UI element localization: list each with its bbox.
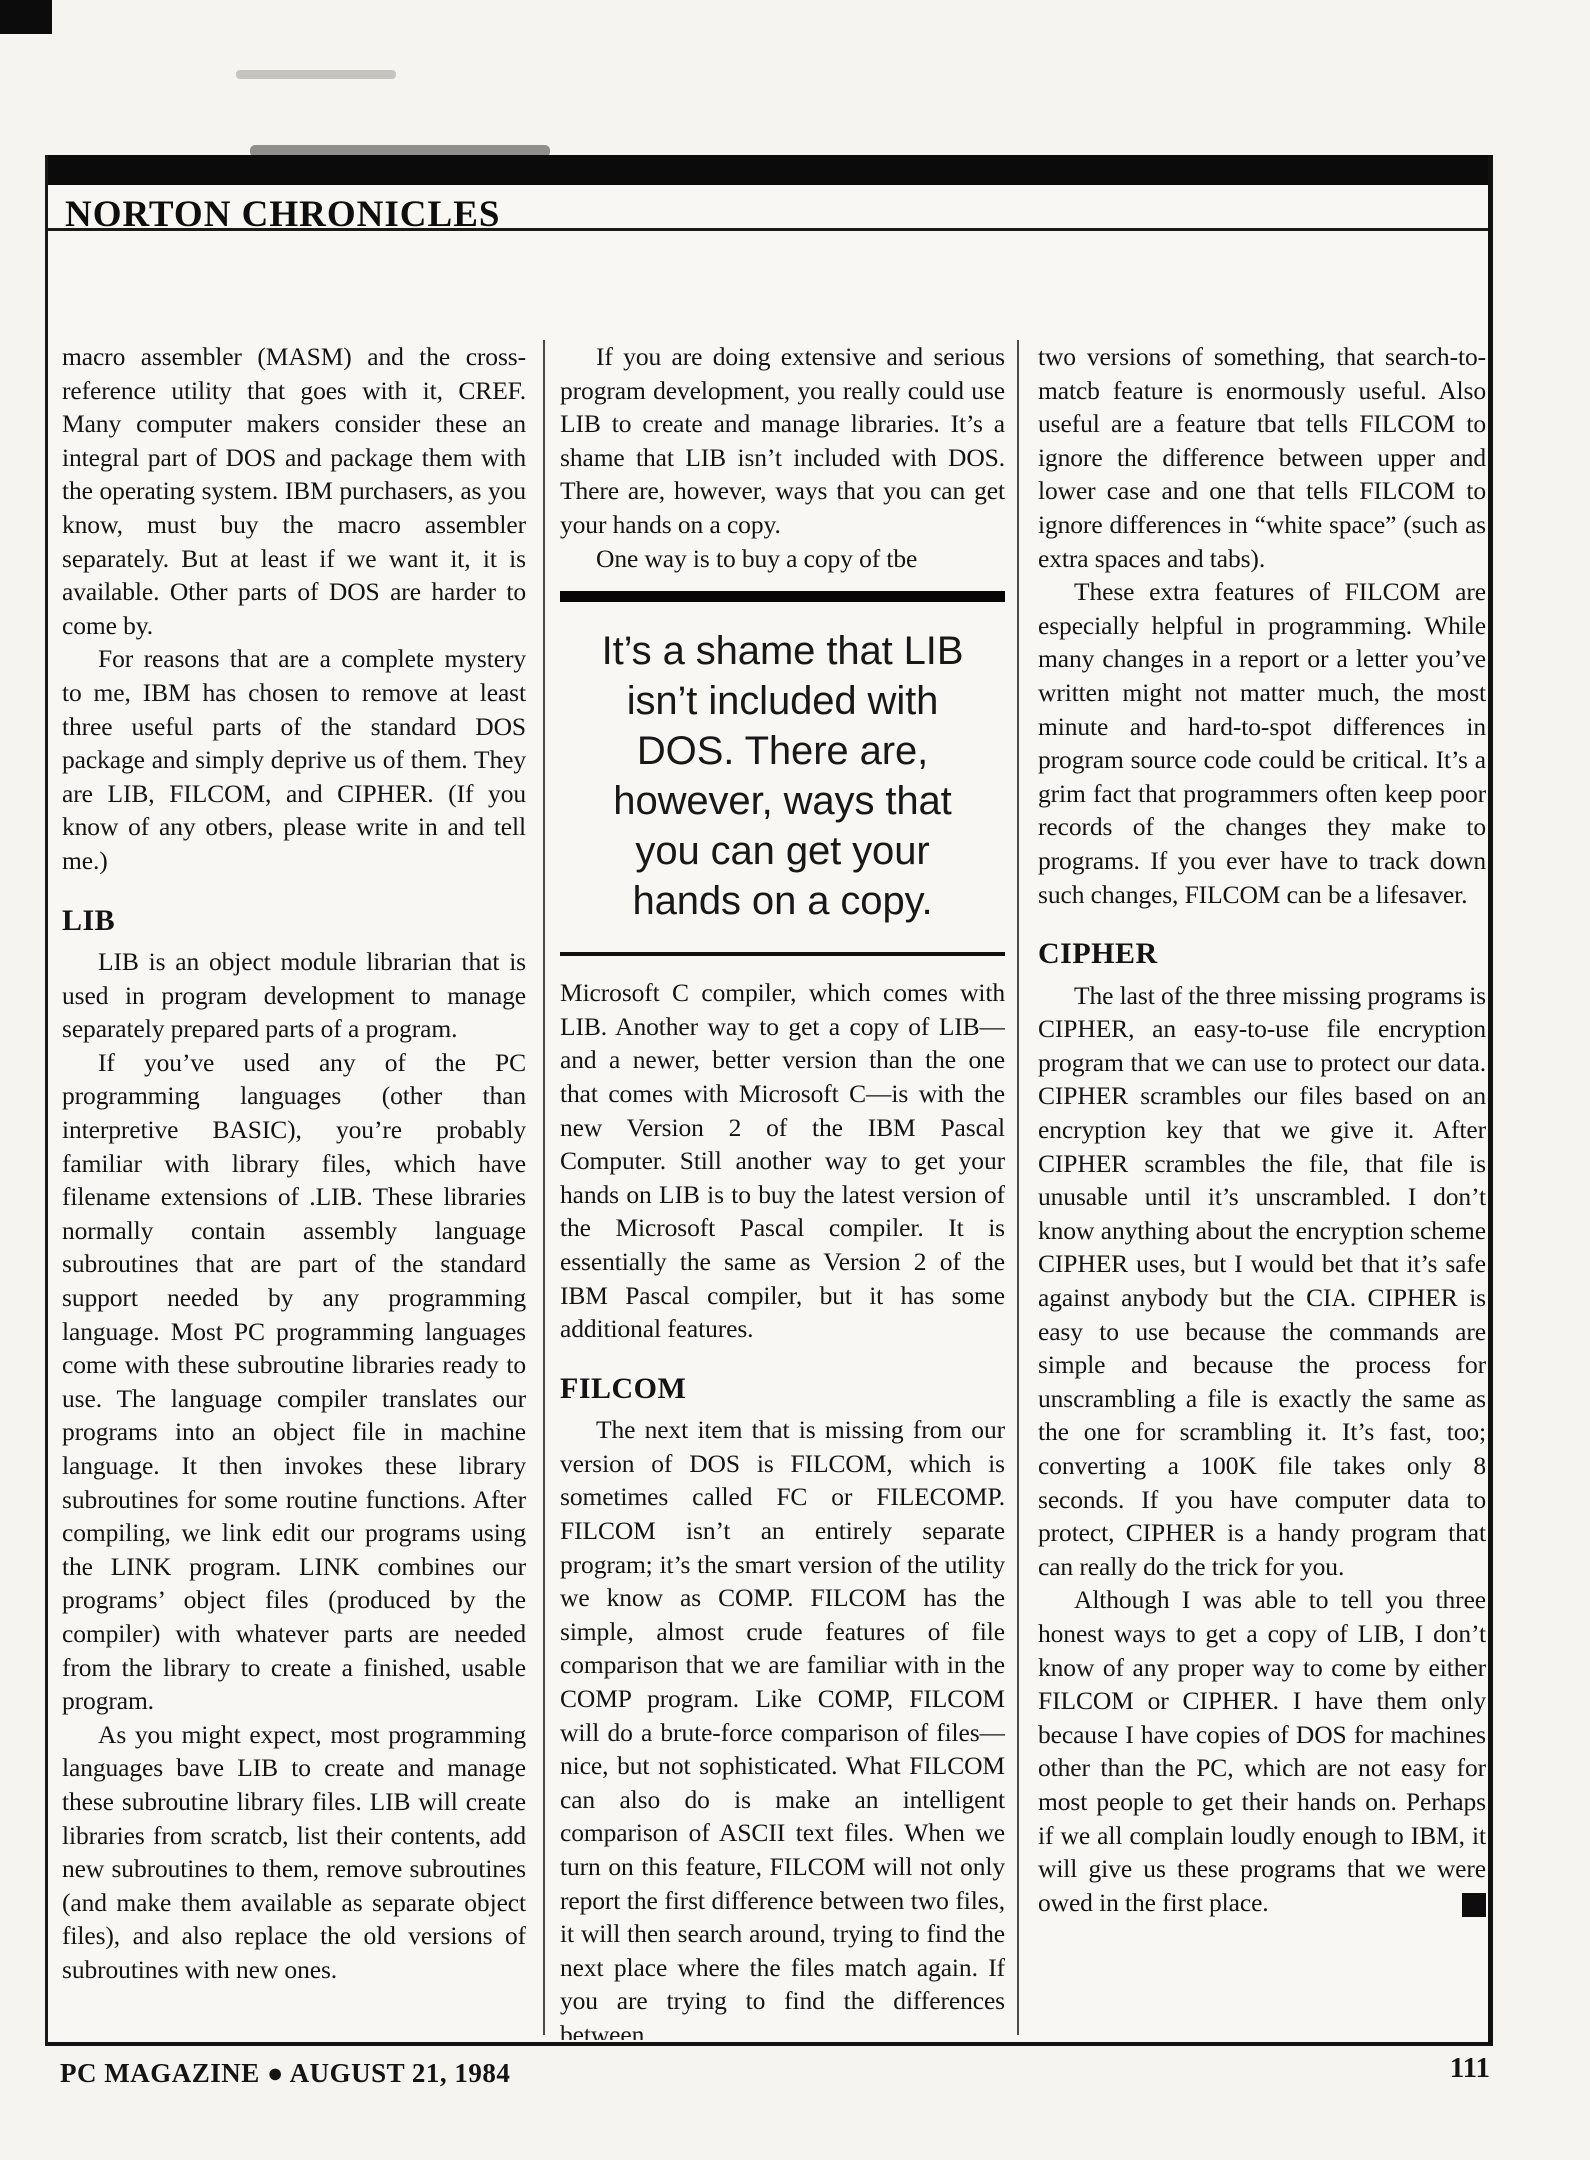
article-paragraph: two versions of something, that search-t… — [1038, 340, 1486, 575]
scan-smudge — [236, 70, 396, 79]
footer-magazine-date: PC MAGAZINE ● AUGUST 21, 1984 — [60, 2058, 510, 2089]
masthead-top-bar — [48, 155, 1488, 185]
article-paragraph: As you might expect, most programming la… — [62, 1718, 526, 1987]
article-paragraph: The next item that is missing from our v… — [560, 1413, 1005, 2040]
column-3: two versions of something, that search-t… — [1038, 340, 1486, 2040]
section-heading-filcom: FILCOM — [560, 1372, 1005, 1406]
end-of-article-mark — [1462, 1893, 1486, 1917]
article-paragraph: Microsoft C compiler, which comes with L… — [560, 976, 1005, 1346]
section-heading-cipher: CIPHER — [1038, 937, 1486, 971]
pull-quote: It’s a shame that LIB isn’t included wit… — [560, 591, 1005, 956]
pull-quote-line: you can get your — [562, 826, 1003, 876]
pull-quote-line: It’s a shame that LIB — [562, 626, 1003, 676]
column-divider-1 — [543, 340, 545, 2035]
article-paragraph: macro assembler (MASM) and the cross-ref… — [62, 340, 526, 642]
article-paragraph: The last of the three missing programs i… — [1038, 979, 1486, 1584]
article-paragraph: These extra features of FILCOM are espec… — [1038, 575, 1486, 911]
masthead-rule — [48, 228, 1488, 231]
article-paragraph-text: Although I was able to tell you three ho… — [1038, 1585, 1486, 1916]
pull-quote-line: isn’t included with — [562, 676, 1003, 726]
article-paragraph: One way is to buy a copy of tbe — [560, 542, 1005, 576]
article-paragraph: For reasons that are a complete mystery … — [62, 642, 526, 877]
article-paragraph: Although I was able to tell you three ho… — [1038, 1583, 1486, 1919]
section-heading-lib: LIB — [62, 904, 526, 938]
pull-quote-line: however, ways that — [562, 776, 1003, 826]
article-paragraph: If you are doing extensive and serious p… — [560, 340, 1005, 542]
column-1: macro assembler (MASM) and the cross-ref… — [62, 340, 526, 2040]
scan-corner-mark — [0, 0, 52, 34]
column-divider-2 — [1017, 340, 1019, 2035]
content-frame: NORTON CHRONICLES macro assembler (MASM)… — [45, 155, 1493, 2046]
article-paragraph: LIB is an object module librarian that i… — [62, 945, 526, 1046]
column-2: If you are doing extensive and serious p… — [560, 340, 1005, 2040]
page-number: 111 — [1395, 2052, 1490, 2085]
magazine-page: NORTON CHRONICLES macro assembler (MASM)… — [0, 0, 1590, 2160]
pull-quote-line: DOS. There are, — [562, 726, 1003, 776]
pull-quote-line: hands on a copy. — [562, 876, 1003, 926]
article-paragraph: If you’ve used any of the PC programming… — [62, 1046, 526, 1718]
